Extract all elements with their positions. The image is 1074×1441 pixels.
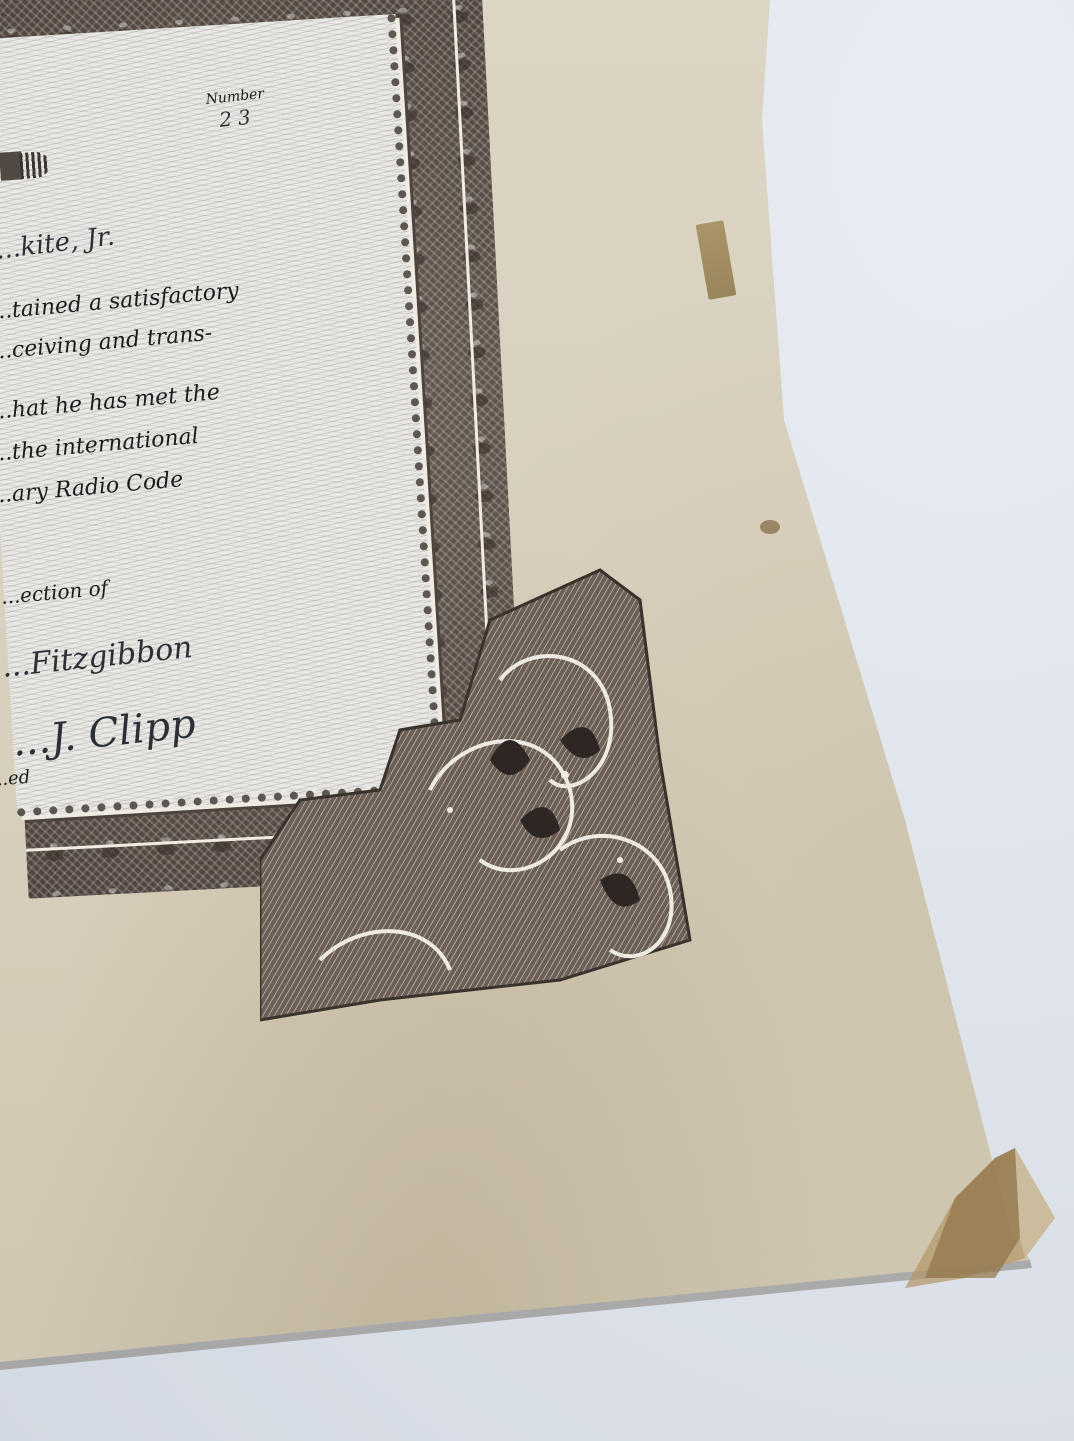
number-value: 23 xyxy=(218,104,258,132)
trailing-fragment: ...ed xyxy=(0,767,31,791)
corner-ornament-icon xyxy=(260,560,700,1040)
corner-tape xyxy=(895,1128,1060,1298)
paper-stain xyxy=(760,520,780,534)
